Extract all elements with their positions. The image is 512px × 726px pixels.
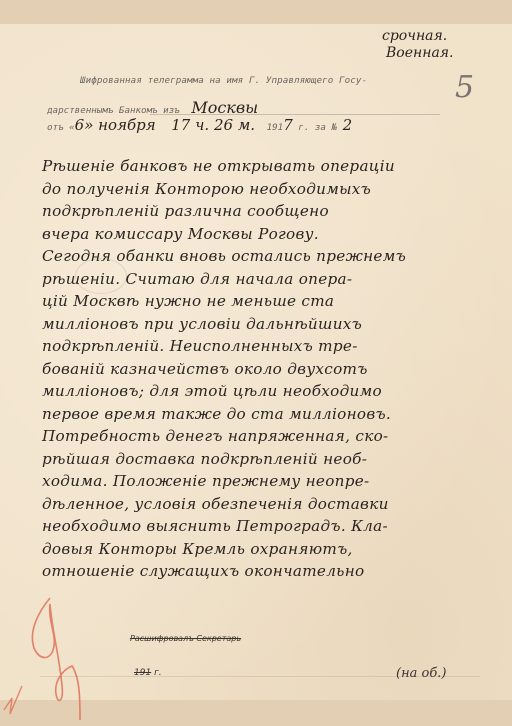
number-label: г. за №	[298, 122, 337, 133]
body-line: ходима. Положеніе прежнему неопре-	[42, 470, 482, 493]
date-day: 6	[75, 116, 85, 134]
page-number: 5	[455, 70, 474, 105]
date-year-hand: 7	[283, 116, 293, 134]
telegram-number: 2	[343, 116, 353, 134]
header-line-3: отъ «6» ноября 17 ч. 26 м. 1917 г. за № …	[47, 116, 352, 134]
body-line: Рѣшеніе банковъ не открывать операціи	[42, 155, 482, 178]
header-rule	[150, 114, 440, 115]
body-line: подкрѣпленій различна сообщено	[42, 200, 482, 223]
telegram-body: Рѣшеніе банковъ не открывать операціи до…	[42, 155, 482, 583]
date-from-label: отъ «	[47, 122, 75, 133]
body-line: до полученія Конторою необходимыхъ	[42, 178, 482, 201]
body-line: довыя Конторы Кремль охраняютъ,	[42, 538, 482, 561]
body-line: бованій казначействъ около двухсотъ	[42, 358, 482, 381]
body-line: цій Москвѣ нужно не меньше ста	[42, 290, 482, 313]
header-line-1: Шифрованная телеграмма на имя Г. Управля…	[80, 75, 367, 86]
body-line: рѣшеніи. Считаю для начала опера-	[42, 268, 482, 291]
annotation-military: Военная.	[386, 45, 454, 62]
date-month: » ноября	[84, 116, 155, 134]
red-pencil-mark	[0, 590, 90, 726]
body-line: вчера комиссару Москвы Рогову.	[42, 223, 482, 246]
decrypted-by-secretary: Расшифровалъ Секретарь	[130, 634, 241, 643]
annotation-urgent: срочная.	[382, 28, 454, 45]
body-line: милліоновъ; для этой цѣли необходимо	[42, 380, 482, 403]
date-year-printed: 191	[267, 122, 284, 133]
body-line: Потребность денегъ напряженная, ско-	[42, 425, 482, 448]
body-line: отношеніе служащихъ окончательно	[42, 560, 482, 583]
urgency-annotation: срочная. Военная.	[382, 28, 454, 62]
body-line: дѣленное, условія обезпеченія доставки	[42, 493, 482, 516]
body-line: Сегодня обанки вновь остались прежнемъ	[42, 245, 482, 268]
body-line: первое время также до ста милліоновъ.	[42, 403, 482, 426]
body-line: милліоновъ при условіи дальнѣйшихъ	[42, 313, 482, 336]
body-line: рѣйшая доставка подкрѣпленій необ-	[42, 448, 482, 471]
date-time: 17 ч. 26 м.	[171, 116, 255, 134]
continued-overleaf-note: (на об.)	[396, 666, 446, 681]
body-line: подкрѣпленій. Неисполненныхъ тре-	[42, 335, 482, 358]
body-line: необходимо выяснить Петроградъ. Кла-	[42, 515, 482, 538]
